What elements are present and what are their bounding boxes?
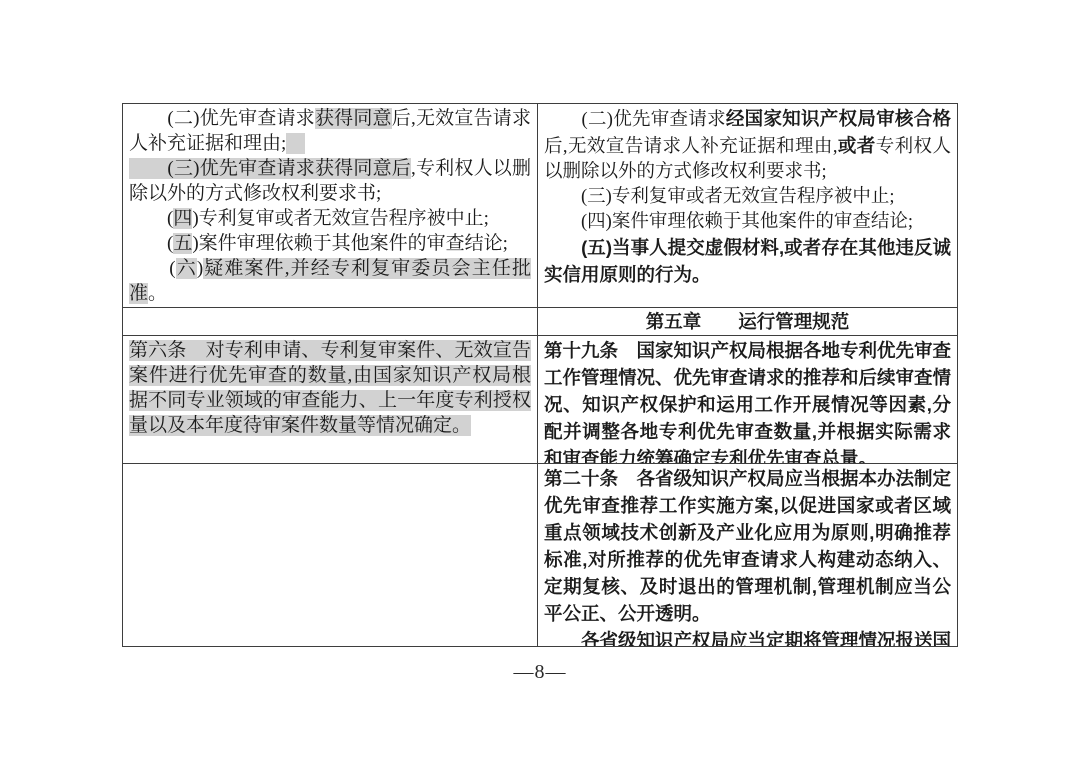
bold-inserted-text: 各省级知识产权局应当定期将管理情况报送国 (544, 630, 951, 646)
text-segment: )专利复审或者无效宣告程序被中止; (192, 208, 489, 229)
table-row-chapter-heading: 第五章 运行管理规范 (123, 308, 957, 336)
highlighted-text: (三)优先审查请求获得同意后 (129, 158, 411, 179)
paragraph: 第十九条 国家知识产权局根据各地专利优先审查工作管理情况、优先审查请求的推荐和后… (544, 338, 951, 463)
text-segment: 。 (148, 283, 167, 304)
highlighted-text: 六 (176, 258, 197, 279)
table-cell-new-text: 第二十条 各省级知识产权局应当根据本办法制定优先审查推荐工作实施方案,以促进国家… (538, 464, 957, 646)
paragraph: (二)优先审查请求获得同意后,无效宣告请求人补充证据和理由; (129, 106, 531, 156)
paragraph: (三)专利复审或者无效宣告程序被中止; (544, 185, 951, 210)
paragraph: 第二十条 各省级知识产权局应当根据本办法制定优先审查推荐工作实施方案,以促进国家… (544, 466, 951, 628)
text-segment: (二)优先审查请求 (544, 110, 726, 130)
highlighted-text: 获得同意 (315, 108, 392, 129)
bold-inserted-text: 或者 (837, 135, 875, 156)
table-cell-chapter-title: 第五章 运行管理规范 (538, 308, 957, 335)
paragraph: (三)优先审查请求获得同意后,专利权人以删除以外的方式修改权利要求书; (129, 156, 531, 206)
highlighted-text: 第六条 对专利申请、专利复审案件、无效宣告案件进行优先审查的数量,由国家知识产权… (129, 340, 531, 436)
paragraph: (四)专利复审或者无效宣告程序被中止; (129, 206, 531, 231)
document-page: (二)优先审查请求获得同意后,无效宣告请求人补充证据和理由; (三)优先审查请求… (0, 0, 1080, 764)
table-row: (二)优先审查请求获得同意后,无效宣告请求人补充证据和理由; (三)优先审查请求… (123, 104, 957, 308)
text-segment: ( (129, 233, 173, 254)
table-cell-empty (123, 308, 538, 335)
highlighted-text: 四 (173, 208, 192, 229)
text-segment: (四)案件审理依赖于其他案件的审查结论; (544, 212, 913, 232)
paragraph: (五)案件审理依赖于其他案件的审查结论; (129, 231, 531, 256)
page-number: —8— (0, 659, 1080, 685)
table-row: 第二十条 各省级知识产权局应当根据本办法制定优先审查推荐工作实施方案,以促进国家… (123, 464, 957, 646)
bold-inserted-text: (五)当事人提交虚假材料,或者存在其他违反诚实信用原则的行为。 (544, 237, 951, 285)
text-segment: (三)专利复审或者无效宣告程序被中止; (544, 187, 894, 207)
bold-inserted-text: 第十九条 国家知识产权局根据各地专利优先审查工作管理情况、优先审查请求的推荐和后… (544, 340, 951, 463)
paragraph: 第五章 运行管理规范 (544, 308, 951, 335)
table-cell-empty (123, 464, 538, 646)
bold-inserted-text: 经国家知识产权局审核合格 (726, 108, 951, 129)
paragraph: 第六条 对专利申请、专利复审案件、无效宣告案件进行优先审查的数量,由国家知识产权… (129, 338, 531, 438)
text-segment: (二)优先审查请求 (129, 108, 315, 129)
highlighted-text: 五 (173, 233, 192, 254)
bold-inserted-text: 第二十条 各省级知识产权局应当根据本办法制定优先审查推荐工作实施方案,以促进国家… (544, 468, 951, 624)
table-row: 第六条 对专利申请、专利复审案件、无效宣告案件进行优先审查的数量,由国家知识产权… (123, 336, 957, 464)
highlighted-text (286, 133, 305, 154)
table-cell-old-text: 第六条 对专利申请、专利复审案件、无效宣告案件进行优先审查的数量,由国家知识产权… (123, 336, 538, 463)
bold-inserted-text: 第五章 运行管理规范 (646, 311, 850, 332)
text-segment: 后,无效宣告请求人补充证据和理由, (544, 137, 837, 157)
text-segment: ( (129, 258, 176, 279)
paragraph: (五)当事人提交虚假材料,或者存在其他违反诚实信用原则的行为。 (544, 235, 951, 289)
text-segment: )案件审理依赖于其他案件的审查结论; (192, 233, 508, 254)
paragraph: (四)案件审理依赖于其他案件的审查结论; (544, 210, 951, 235)
paragraph: (二)优先审查请求经国家知识产权局审核合格后,无效宣告请求人补充证据和理由,或者… (544, 106, 951, 185)
table-cell-new-text: (二)优先审查请求经国家知识产权局审核合格后,无效宣告请求人补充证据和理由,或者… (538, 104, 957, 307)
paragraph: (六)疑难案件,并经专利复审委员会主任批准。 (129, 256, 531, 306)
text-segment: ( (129, 208, 173, 229)
paragraph: 各省级知识产权局应当定期将管理情况报送国 (544, 628, 951, 646)
table-cell-new-text: 第十九条 国家知识产权局根据各地专利优先审查工作管理情况、优先审查请求的推荐和后… (538, 336, 957, 463)
table-cell-old-text: (二)优先审查请求获得同意后,无效宣告请求人补充证据和理由; (三)优先审查请求… (123, 104, 538, 307)
comparison-table: (二)优先审查请求获得同意后,无效宣告请求人补充证据和理由; (三)优先审查请求… (122, 103, 958, 647)
